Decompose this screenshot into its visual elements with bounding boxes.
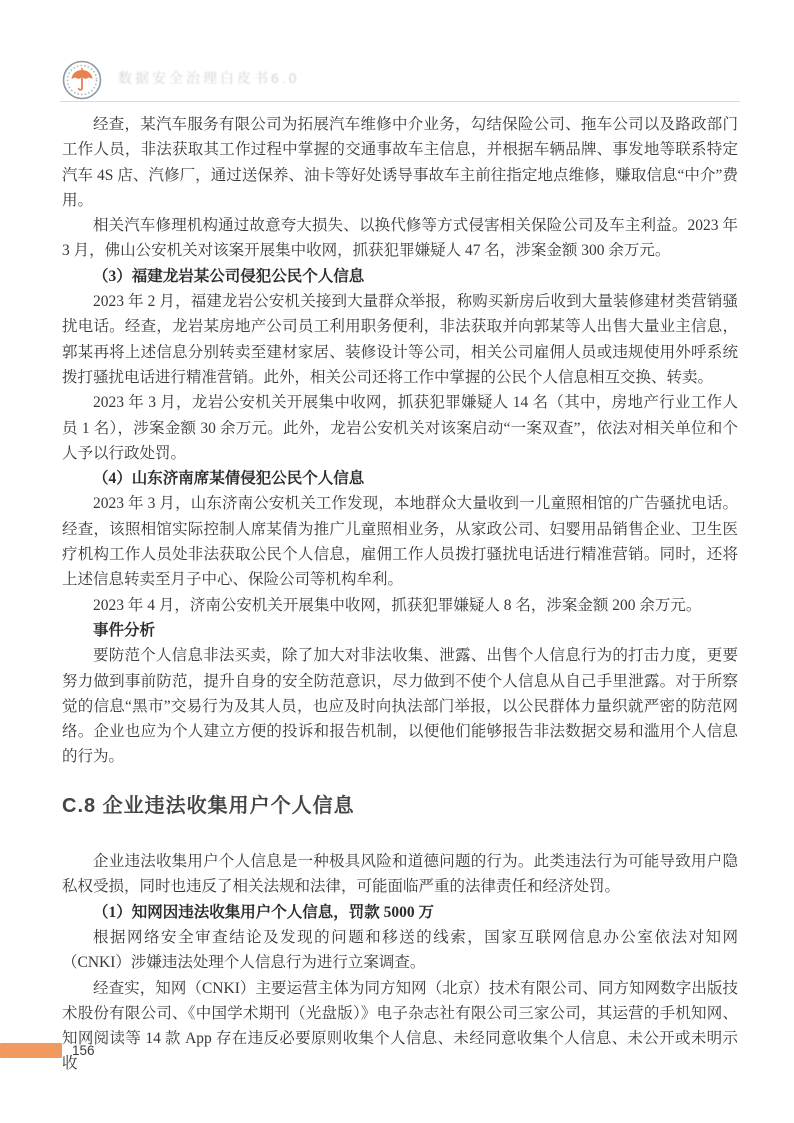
paragraph: 要防范个人信息非法买卖，除了加大对非法收集、泄露、出售个人信息行为的打击力度，更…	[62, 643, 738, 769]
section-heading: C.8 企业违法收集用户个人信息	[62, 794, 738, 819]
analysis-subheading: 事件分析	[62, 618, 738, 643]
paragraph: 2023 年 3 月，山东济南公安机关工作发现，本地群众大量收到一儿童照相馆的广…	[62, 491, 738, 592]
paragraph: 2023 年 4 月，济南公安机关开展集中收网，抓获犯罪嫌疑人 8 名，涉案金额…	[62, 593, 738, 618]
paragraph: 2023 年 3 月，龙岩公安机关开展集中收网，抓获犯罪嫌疑人 14 名（其中，…	[62, 390, 738, 466]
paragraph: 经查实，知网（CNKI）主要运营主体为同方知网（北京）技术有限公司、同方知网数字…	[62, 976, 738, 1077]
case-subheading: （3）福建龙岩某公司侵犯公民个人信息	[62, 264, 738, 289]
case-subheading: （4）山东济南席某倩侵犯公民个人信息	[62, 466, 738, 491]
paragraph: 2023 年 2 月，福建龙岩公安机关接到大量群众举报，称购买新房后收到大量装修…	[62, 289, 738, 390]
page-body: 经查，某汽车服务有限公司为拓展汽车维修中介业务，勾结保险公司、拖车公司以及路政部…	[62, 112, 738, 1077]
umbrella-icon	[62, 60, 102, 100]
page-number: 156	[72, 1043, 95, 1058]
paragraph: 经查，某汽车服务有限公司为拓展汽车维修中介业务，勾结保险公司、拖车公司以及路政部…	[62, 112, 738, 213]
paragraph: 企业违法收集用户个人信息是一种极具风险和道德问题的行为。此类违法行为可能导致用户…	[62, 849, 738, 900]
page-number-bar	[0, 1043, 62, 1058]
case-subheading: （1）知网因违法收集用户个人信息，罚款 5000 万	[62, 900, 738, 925]
header-brand-text: 数据安全治理白皮书6.0	[118, 68, 299, 88]
document-page: 数据安全治理白皮书6.0 经查，某汽车服务有限公司为拓展汽车维修中介业务，勾结保…	[0, 0, 794, 1123]
umbrella-seal-logo	[62, 60, 102, 100]
paragraph: 根据网络安全审查结论及发现的问题和移送的线索，国家互联网信息办公室依法对知网（C…	[62, 925, 738, 976]
paragraph: 相关汽车修理机构通过故意夸大损失、以换代修等方式侵害相关保险公司及车主利益。20…	[62, 213, 738, 264]
page-footer: 156	[0, 1041, 794, 1059]
page-header: 数据安全治理白皮书6.0	[60, 58, 740, 102]
